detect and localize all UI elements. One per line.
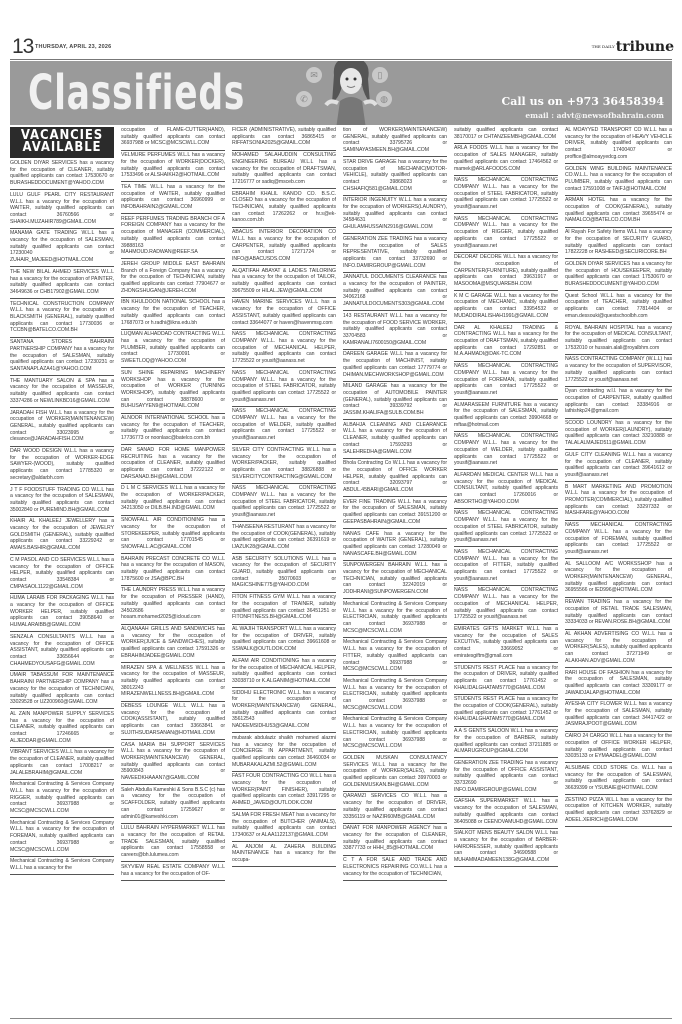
classified-ad: KHAIR AL KHALEEJ JEWELLERY has a vacancy… — [10, 517, 114, 556]
classified-ad: EMIRATES GIFTS MARKET W.L.L has a vacanc… — [454, 625, 558, 664]
classified-ad: 143 RESTAURANT W.L.L has a vacancy for t… — [343, 311, 447, 350]
classified-ad: ARMAN HOTEL has a vacancy for the occupa… — [565, 196, 672, 228]
ad-list: AL MOAYYED TRANSPORT CO W.L.L has a vaca… — [565, 127, 672, 827]
classified-ad: NASS MECHANICAL CONTRACTING COMPANY W.L.… — [232, 368, 336, 407]
classified-ad: NASS MECHANICAL CONTRACTING COMPANY W.L.… — [454, 362, 558, 401]
classified-ad: AL MOAYYED TRANSPORT CO W.L.L has a vaca… — [565, 127, 672, 164]
classified-ad: MANAMA GATE TRADING W.L.L has a vacancy … — [10, 229, 114, 268]
classified-ad: Saleh Abdulla Kameshki & Sons B.S.C (c) … — [121, 785, 225, 824]
classified-ad: NASS MECHANICAL CONTRACTING COMPANY W.L.… — [232, 330, 336, 369]
classified-ad: SENZALA CONSULTANTS W.L.L has a vacancy … — [10, 632, 114, 671]
classified-ad: DAR AL KHALEEJ TRADING & CONTRACTING W.L… — [454, 323, 558, 362]
classified-ad: HUMA LARAIB FOR PACKAGING W.L.L has a va… — [10, 594, 114, 633]
classified-ad: B MART MARKETING AND PROMOTION W.L.L has… — [565, 482, 672, 521]
classified-ad: CASA MARIA BH SUPPORT SERVICES W.L.L has… — [121, 740, 225, 785]
classified-ad: LUQMAN ALHADDAD CONTRACTING W.L.L has a … — [121, 330, 225, 369]
classified-ad: JEREH GROUP MIDDLE EAST BAHRAIN Branch o… — [121, 259, 225, 298]
classified-ad: NASS MECHANICAL CONTRACTING COMPANY W.L.… — [454, 432, 558, 471]
classified-ad: GOLDEN WING BUILDING MAINTENANCE CO.W.L.… — [565, 164, 672, 196]
ad-list: suitably qualified applicants can contac… — [454, 127, 558, 867]
classified-ad: AL ANJOM AL ZAHERA BUILDING MAINTENANCE … — [232, 842, 336, 867]
classified-ad: ROYAL BAHRAIN HOSPITAL has a vacancy for… — [565, 323, 672, 355]
classified-ad: NASS MECHANICAL CONTRACTING COMPANY W.L.… — [565, 521, 672, 560]
classified-ad: occupation of FLAME-CUTTER(HAND), suitab… — [121, 127, 225, 151]
classified-ad: DECORAT DECORE W.L.L has a vacancy for t… — [454, 253, 558, 292]
classified-ad: FAST FOUR CONTRACTING CO W.L.L has a vac… — [232, 772, 336, 811]
classified-ad: SCOOD LOUNDRY has a vacancy for the occu… — [565, 419, 672, 451]
classified-ad: GOLDEN DIYAR SERVICES has a vacancy for … — [565, 259, 672, 291]
classified-ad: SIDDHU ELECTRONIC W.L.L has a vacancy fo… — [232, 688, 336, 733]
classified-ad: SALMA FOR FRESH MEAT has a vacancy for t… — [232, 810, 336, 842]
classified-ad: FICER (ADMINISTRATIVE), suitably qualifi… — [232, 127, 336, 151]
classified-ad: ALBAHJA CLEANING AND CLEARANCE W.L.L has… — [343, 420, 447, 459]
brand-name: tribune — [616, 39, 674, 55]
column-4: tion of WORKER(MAINTENANCEW) GENERAL, su… — [343, 127, 447, 1017]
classified-ad: TEA TIME W.L.L has a vacancy for the occ… — [121, 182, 225, 214]
classified-ad: NASS MECHANICAL CONTRACTING COMPANY W.L.… — [232, 407, 336, 446]
page-top-margin — [0, 0, 682, 35]
classified-ad: tion of WORKER(MAINTENANCEW) GENERAL, su… — [343, 127, 447, 157]
classified-ad: NASS MECHANICAL CONTRACTING COMPANY W.L.… — [454, 586, 558, 625]
header-rule — [10, 59, 672, 60]
classified-ad: AYESHA CITY FLOWER W.L.L has a vacancy f… — [565, 700, 672, 732]
classified-ad: THE MANTUARY SALON & SPA has a vacancy f… — [10, 376, 114, 408]
column-6: AL MOAYYED TRANSPORT CO W.L.L has a vaca… — [565, 127, 672, 1017]
classified-ad: EVER FINE TRADING W.L.L has a vacancy fo… — [343, 497, 447, 529]
ad-list: tion of WORKER(MAINTENANCEW) GENERAL, su… — [343, 127, 447, 881]
classified-ad: UMAIR TABASSUM FOR MAINTENANCE BAHRAINI … — [10, 671, 114, 710]
classified-ad: SANTANA STORES BAHRAINI PARTNERSHIP COMP… — [10, 338, 114, 377]
classified-ad: NASS MECHANICAL CONTRACTING COMPANY W.L.… — [454, 214, 558, 253]
ad-list: occupation of FLAME-CUTTER(HAND), suitab… — [121, 127, 225, 881]
page-number: 13 — [12, 35, 33, 59]
footer-rule — [10, 1018, 672, 1019]
classified-ad: STUDENTS REST PLACE has a vacancy for th… — [454, 695, 558, 727]
classified-ad: QARAMZI SERVICES CO W.L.L has a vacancy … — [343, 792, 447, 824]
classified-ad: VIBRANT SERVICES W.L.L has a vacancy for… — [10, 748, 114, 780]
classified-ad: ALNOOR INTERNATIONAL SCHOOL has a vacanc… — [121, 414, 225, 446]
classifieds-banner: Classifieds ✉ ✆ ▯ ◍ Call us on +973 3645… — [10, 61, 672, 125]
classified-ad: A A S GENTS SALOON W.L.L has a vacancy f… — [454, 727, 558, 759]
classified-ad: GENERATION ZEE TRADING has a vacancy for… — [343, 234, 447, 273]
classified-ad: ALFARDAN MEDICAL CENTER W.L.L has a vaca… — [454, 470, 558, 509]
classified-ad: Mechanical Contracting & Services Compan… — [10, 780, 114, 819]
classified-ad: Mechanical Contracting & Services Compan… — [10, 818, 114, 857]
classified-ad: JARADAH FISH W.L.L has a vacancy for the… — [10, 408, 114, 447]
classified-ad: RARI HOUSE OF FASHION has a vacancy for … — [565, 668, 672, 700]
classified-ad: SNOWFALL AIR CONDITIONING has a vacancy … — [121, 516, 225, 555]
classified-ad: J T F FOODSTUFF TRADING CO W.L.L has a v… — [10, 485, 114, 517]
classified-ad: GOLDEN MUSKAN CONSULTANCY SERVICES W.L.L… — [343, 753, 447, 792]
classified-ad: ZESTINO PIZZA W.L.L has a vacancy for th… — [565, 795, 672, 827]
brand-small: THE DAILY — [592, 45, 615, 49]
classified-ad: C M PASOL AND CO SERVICES W.L.L has a va… — [10, 555, 114, 594]
vacancies-heading-line2: AVAILABLE — [15, 142, 109, 154]
classified-ad: TECHNICAL CONSTRUCTION COMPANY W.L.L has… — [10, 299, 114, 338]
call-us-text: Call us on +973 36458394 — [502, 95, 665, 108]
classified-ad: NASS MECHANICAL CONTRACTING COMPANY W.L.… — [454, 176, 558, 215]
column-1: VACANCIES AVAILABLE GOLDEN DIYAR SERVICE… — [10, 127, 114, 1017]
classified-ad: SILVER CITY CONTRACTING W.L.L has a vaca… — [232, 445, 336, 484]
classified-ad: FITON FITNESS GYM W.L.L has a vacancy fo… — [232, 593, 336, 625]
classified-ad: ALFAM AIR CONDITIONING has a vacancy for… — [232, 656, 336, 688]
issue-date: THURSDAY, APRIL 23, 2026 — [35, 44, 111, 50]
classified-ad: MOHAMED SALAHUDDIN CONSULTING ENGINEERIN… — [232, 151, 336, 190]
email-text: email : advt@newsofbahrain.com — [525, 111, 664, 120]
classified-ad: AL SALLOOM A/C WORKSSHOP has a vacancy f… — [565, 559, 672, 598]
classified-ad: NASS MECHANICAL CONTRACTING COMPANY W.L.… — [232, 484, 336, 523]
classified-ad: NASS MECHANICAL CONTRACTING COMPANY W.L.… — [454, 547, 558, 586]
classified-ad: SUN SHINE REPAIRING MACHINERY WORKSHOP h… — [121, 368, 225, 413]
classified-ad: GULF CITY CLEANING W.L.L has a vacancy f… — [565, 450, 672, 482]
classified-ad: AL AKHAN ADVERTISING CO W.L.L has a vaca… — [565, 630, 672, 669]
classified-ad: VELMURE PERFUMES W.L.L has a vacancy for… — [121, 151, 225, 183]
classified-ad: JANNATUL DOCUMENTS CLEARANCE has a vacan… — [343, 273, 447, 312]
classified-ad: THANSEENA RESTURANT has a vacancy for th… — [232, 522, 336, 554]
classified-ad: ABACUS INTERIOR DECORATION CO W.L.L has … — [232, 228, 336, 267]
column-5: suitably qualified applicants can contac… — [454, 127, 558, 1017]
classified-ad: AL WAJIH TRANSPORT W.L.L has a vacancy f… — [232, 625, 336, 657]
classified-ad: suitably qualified applicants can contac… — [454, 127, 558, 144]
classified-ad: Bhola Contracting Co W.L.L has a vacancy… — [343, 459, 447, 498]
classified-ad: DAREEN GARAGE W.L.L has a vacancy for th… — [343, 350, 447, 382]
classified-ad: REWAN TRADING has a vacancy for the occu… — [565, 598, 672, 630]
classified-ad: LULU GULF PEARL CITY RESTAURANT W.L.L ha… — [10, 190, 114, 229]
classified-ad: ALSUBAIE COLD STORE Co. W.L.L has a vaca… — [565, 763, 672, 795]
classified-ad: Mechanical Contracting & Services Compan… — [343, 676, 447, 715]
column-3: FICER (ADMINISTRATIVE), suitably qualifi… — [232, 127, 336, 1017]
classified-ad: ALMARASEEM FURNITURE has a vacancy for t… — [454, 400, 558, 432]
classified-ad: THE LAUNDRY PRESS W.L.L has a vacancy fo… — [121, 586, 225, 625]
classified-ad: LULU BAHRAIN HYPERMARKET W.L.L has a vac… — [121, 824, 225, 863]
classified-ad: ALQANAAH GRILLS AND SANDWICHS has a vaca… — [121, 625, 225, 664]
classified-ad: Al Rayah For Safety Items WLL has a vaca… — [565, 228, 672, 260]
brand-logo: THE DAILYtribune — [592, 39, 674, 55]
woman-illustration-icon — [320, 61, 382, 125]
classified-ad: GENERATION ZEE TRADING has a vacancy for… — [454, 758, 558, 797]
classified-ad: AL ZAIN MANPOWER SUPPLY SERVICES has a v… — [10, 709, 114, 748]
classified-ad: BAHRAIN PRECAST CONCRETE CO W.L.L has a … — [121, 554, 225, 586]
classified-columns: VACANCIES AVAILABLE GOLDEN DIYAR SERVICE… — [10, 127, 672, 1017]
classified-ad: D L M C SERVICES W.L.L has a vacancy for… — [121, 484, 225, 516]
classified-ad: GOLDEN DIYAR SERVICES has a vacancy for … — [10, 160, 114, 190]
classified-ad: Dyan contracting w.l.l. has a vacancy fo… — [565, 387, 672, 419]
classified-ad: C T A FOR SALE AND TRADE AND ELECTRONICS… — [343, 856, 447, 881]
classified-ad: Mechanical Contracting & Services Compan… — [343, 715, 447, 754]
page-folio: 13 THURSDAY, APRIL 23, 2026 THE DAILYtri… — [0, 35, 682, 59]
classified-ad: GAFSHA SUPERMARKET W.L.L has a vacancy f… — [454, 797, 558, 829]
classified-ad: IBN KHULDOON NATIONAL SCHOOL has a vacan… — [121, 298, 225, 330]
classified-ad: K M C GARAGE W.L.L has a vacancy for the… — [454, 291, 558, 323]
classified-ad: mubarak abdulaziz shaikh mohamed alazmi … — [232, 733, 336, 772]
classified-ad: THE NEW BILAL AHMED SERVICES W.L.L has a… — [10, 267, 114, 299]
classified-ad: STAR DRIVE GARAGE has a vacancy for the … — [343, 157, 447, 196]
classified-ad: Quest School W.L.L has a vacancy for the… — [565, 291, 672, 323]
classified-ad: Mechanical Contracting & Services Compan… — [343, 638, 447, 677]
vacancies-heading: VACANCIES AVAILABLE — [10, 127, 114, 158]
ad-list: GOLDEN DIYAR SERVICES has a vacancy for … — [10, 160, 114, 875]
classified-ad: Mechanical Contracting & Services Compan… — [10, 857, 114, 875]
classified-ad: REEF PERFUMES TRADING BRANCH OF A FOREIG… — [121, 214, 225, 259]
classified-ad: NASS CONTRACTING COMPANY (W.L.L) has a v… — [565, 355, 672, 387]
classified-ad: DAR WOOD DESIGN W.L.L has a vacancy for … — [10, 447, 114, 486]
classified-ad: ARLA FOODS W.L.L has a vacancy for the o… — [454, 144, 558, 176]
classified-ad: DANAT FOR MANPOWER AGENCY has a vacancy … — [343, 824, 447, 856]
classified-ad: INTERIOR INGENUITY W.L.L has a vacancy f… — [343, 196, 447, 235]
classified-ad: NANAS CAFE has a vacancy for the occupat… — [343, 529, 447, 561]
classified-ad: ASB SECURITY SOLUTIONS W.L.L has a vacan… — [232, 554, 336, 593]
classified-ad: MIRAZEN SPA & WELLNESS W.L.L has a vacan… — [121, 663, 225, 702]
classified-ad: HAVEN MARINE SERVICES W.L.L has a vacanc… — [232, 298, 336, 330]
classified-ad: SUNPOWERGEN BAHRAIN W.L.L has a vacancy … — [343, 561, 447, 600]
classified-ad: EBRAHIM KHALIL KANOO CO. B.S.C. CLOSED h… — [232, 189, 336, 228]
phone-icon: ✆ — [296, 91, 312, 107]
classified-ad: Mechanical Contracting & Services Compan… — [343, 599, 447, 638]
banner-title: Classifieds — [28, 65, 245, 121]
classified-ad: MILAND GARAGE has a vacancy for the occu… — [343, 382, 447, 421]
ad-list: FICER (ADMINISTRATIVE), suitably qualifi… — [232, 127, 336, 867]
classified-ad: DAR SANAD FOR HOME MANPOWER RECRUITING h… — [121, 445, 225, 484]
classified-ad: DEBESS LOUNGE W.L.L W.L.L has a vacancy … — [121, 702, 225, 741]
classified-ad: SKYVIEW REAL ESTATE COMPANY W.L.L has a … — [121, 862, 225, 880]
classified-ad: CAIRO 24 CARGO W.L.L has a vacancy for t… — [565, 732, 672, 764]
column-2: occupation of FLAME-CUTTER(HAND), suitab… — [121, 127, 225, 1017]
classified-ad: NASS MECHANICAL CONTRACTING COMPANY W.L.… — [454, 509, 558, 548]
classified-ad: ALQATIFAH ABAYAT & LADIES TAILORING has … — [232, 266, 336, 298]
classified-ad: STUDENTS REST PLACE has a vacancy for th… — [454, 663, 558, 695]
classified-ad: SIALKOT MENS BEAUTY SALON W.L.L has a va… — [454, 829, 558, 868]
